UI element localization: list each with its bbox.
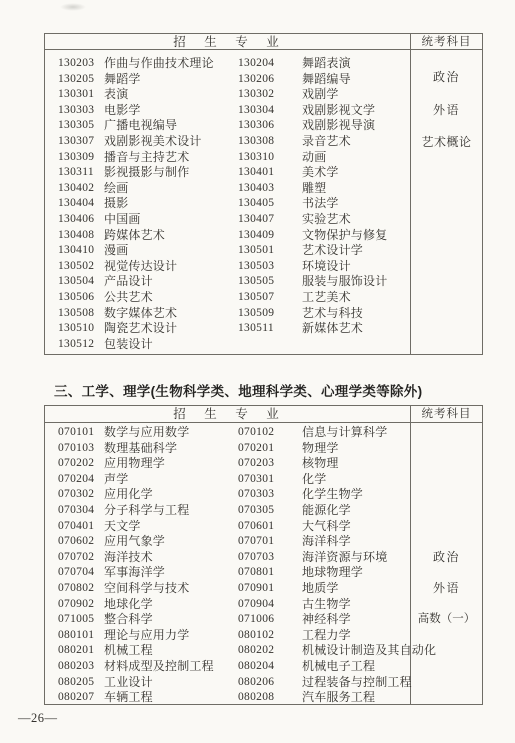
major-code: 070701 [238, 534, 274, 550]
major-row: 130303 电影学 130304 戏剧影视文学 [45, 103, 410, 119]
major-row: 130307 戏剧影视美术设计 130308 录音艺术 [45, 134, 410, 150]
major-code: 130304 [238, 103, 274, 119]
majors-column-header: 招 生 专 业 [45, 406, 410, 422]
major-row: 130309 播音与主持艺术 130310 动画 [45, 150, 410, 166]
major-code: 130306 [238, 118, 274, 134]
major-row: 130512 包装设计 [45, 337, 410, 353]
major-name: 机械设计制造及其自动化 [302, 643, 436, 659]
major-row: 070101 数学与应用数学 070102 信息与计算科学 [45, 425, 410, 441]
major-name: 录音艺术 [302, 134, 351, 150]
major-name: 核物理 [302, 456, 339, 472]
major-code: 080202 [238, 643, 274, 659]
major-code: 130311 [58, 165, 94, 181]
major-name: 车辆工程 [104, 690, 153, 706]
subjects-column: 政治 外语 高数（一） [411, 423, 482, 704]
major-row: 070304 分子科学与工程 070305 能源化学 [45, 503, 410, 519]
major-code: 130503 [238, 259, 274, 275]
major-name: 神经科学 [302, 612, 351, 628]
subject-label: 外语 [411, 103, 482, 118]
major-code: 070702 [58, 550, 94, 566]
major-code: 130406 [58, 212, 94, 228]
major-row: 130410 漫画 130501 艺术设计学 [45, 243, 410, 259]
subject-label: 艺术概论 [411, 135, 482, 150]
major-row: 130502 视觉传达设计 130503 环境设计 [45, 259, 410, 275]
major-row: 130301 表演 130302 戏剧学 [45, 87, 410, 103]
major-row: 070902 地球化学 070904 古生物学 [45, 597, 410, 613]
major-code: 130409 [238, 228, 274, 244]
major-name: 作曲与作曲技术理论 [104, 56, 214, 72]
major-code: 130203 [58, 56, 94, 72]
major-name: 摄影 [104, 196, 128, 212]
majors-column-header: 招 生 专 业 [45, 34, 410, 49]
major-code: 070901 [238, 581, 274, 597]
major-code: 070401 [58, 519, 94, 535]
major-name: 舞蹈学 [104, 72, 141, 88]
major-row: 070202 应用物理学 070203 核物理 [45, 456, 410, 472]
major-name: 表演 [104, 87, 128, 103]
major-name: 化学生物学 [302, 487, 363, 503]
major-row: 130408 跨媒体艺术 130409 文物保护与修复 [45, 228, 410, 244]
major-code: 071006 [238, 612, 274, 628]
major-name: 应用气象学 [104, 534, 165, 550]
subject-label: 高数（一） [411, 612, 482, 627]
major-code: 130408 [58, 228, 94, 244]
major-name: 整合科学 [104, 612, 153, 628]
major-code: 070302 [58, 487, 94, 503]
major-name: 能源化学 [302, 503, 351, 519]
major-name: 戏剧影视美术设计 [104, 134, 202, 150]
majors-rows: 070101 数学与应用数学 070102 信息与计算科学 070103 数理基… [45, 423, 410, 706]
major-name: 地球物理学 [302, 565, 363, 581]
major-code: 130307 [58, 134, 94, 150]
major-name: 古生物学 [302, 597, 351, 613]
major-code: 130512 [58, 337, 94, 353]
major-code: 130309 [58, 150, 94, 166]
major-code: 130508 [58, 306, 94, 322]
major-row: 130311 影视摄影与制作 130401 美术学 [45, 165, 410, 181]
major-name: 海洋资源与环境 [302, 550, 387, 566]
major-name: 服装与服饰设计 [302, 274, 387, 290]
major-code: 070201 [238, 441, 274, 457]
major-name: 戏剧影视导演 [302, 118, 375, 134]
subjects-column-header: 统考科目 [410, 34, 483, 49]
major-row: 130205 舞蹈学 130206 舞蹈编导 [45, 72, 410, 88]
major-code: 070904 [238, 597, 274, 613]
major-code: 130404 [58, 196, 94, 212]
major-name: 军事海洋学 [104, 565, 165, 581]
major-name: 地质学 [302, 581, 339, 597]
major-name: 动画 [302, 150, 326, 166]
major-name: 艺术与科技 [302, 306, 363, 322]
major-name: 应用物理学 [104, 456, 165, 472]
major-code: 130507 [238, 290, 274, 306]
major-row: 070802 空间科学与技术 070901 地质学 [45, 581, 410, 597]
major-name: 大气科学 [302, 519, 351, 535]
major-name: 新媒体艺术 [302, 321, 363, 337]
major-name: 跨媒体艺术 [104, 228, 165, 244]
major-name: 工程力学 [302, 628, 351, 644]
major-name: 影视摄影与制作 [104, 165, 189, 181]
major-code: 130303 [58, 103, 94, 119]
major-name: 地球化学 [104, 597, 153, 613]
major-name: 产品设计 [104, 274, 153, 290]
major-code: 070202 [58, 456, 94, 472]
subject-label: 政治 [411, 550, 482, 565]
major-row: 130510 陶瓷艺术设计 130511 新媒体艺术 [45, 321, 410, 337]
major-row: 071005 整合科学 071006 神经科学 [45, 612, 410, 628]
major-name: 美术学 [302, 165, 339, 181]
major-code: 070902 [58, 597, 94, 613]
science-majors-table: 招 生 专 业 统考科目 070101 数学与应用数学 070102 信息与计算… [44, 405, 483, 705]
subjects-column: 政治 外语 艺术概论 [411, 50, 482, 354]
major-code: 070601 [238, 519, 274, 535]
major-row: 080201 机械工程 080202 机械设计制造及其自动化 [45, 643, 410, 659]
major-name: 文物保护与修复 [302, 228, 387, 244]
major-row: 070602 应用气象学 070701 海洋科学 [45, 534, 410, 550]
table-header: 招 生 专 业 统考科目 [45, 406, 482, 423]
major-row: 130406 中国画 130407 实验艺术 [45, 212, 410, 228]
major-name: 天文学 [104, 519, 141, 535]
major-row: 130203 作曲与作曲技术理论 130204 舞蹈表演 [45, 56, 410, 72]
major-name: 视觉传达设计 [104, 259, 177, 275]
major-name: 工艺美术 [302, 290, 351, 306]
major-code: 070103 [58, 441, 94, 457]
major-name: 舞蹈编导 [302, 72, 351, 88]
major-code: 070801 [238, 565, 274, 581]
major-code: 070303 [238, 487, 274, 503]
major-row: 070401 天文学 070601 大气科学 [45, 519, 410, 535]
section-heading: 三、工学、理学(生物科学类、地理科学类、心理学类等除外) [54, 380, 422, 400]
major-name: 电影学 [104, 103, 141, 119]
major-code: 070203 [238, 456, 274, 472]
major-name: 雕塑 [302, 181, 326, 197]
major-code: 070204 [58, 472, 94, 488]
major-code: 130509 [238, 306, 274, 322]
major-name: 环境设计 [302, 259, 351, 275]
major-name: 公共艺术 [104, 290, 153, 306]
major-code: 071005 [58, 612, 94, 628]
major-row: 080205 工业设计 080206 过程装备与控制工程 [45, 675, 410, 691]
major-code: 070602 [58, 534, 94, 550]
subjects-column-header: 统考科目 [410, 406, 483, 422]
scan-artifact [60, 3, 86, 11]
major-code: 130204 [238, 56, 274, 72]
major-name: 实验艺术 [302, 212, 351, 228]
major-name: 分子科学与工程 [104, 503, 189, 519]
major-name: 汽车服务工程 [302, 690, 375, 706]
major-name: 数理基础科学 [104, 441, 177, 457]
major-name: 工业设计 [104, 675, 153, 691]
major-name: 绘画 [104, 181, 128, 197]
major-code: 130310 [238, 150, 274, 166]
major-code: 080205 [58, 675, 94, 691]
major-code: 070703 [238, 550, 274, 566]
major-code: 130510 [58, 321, 94, 337]
major-name: 播音与主持艺术 [104, 150, 189, 166]
major-name: 海洋技术 [104, 550, 153, 566]
major-name: 陶瓷艺术设计 [104, 321, 177, 337]
major-row: 130305 广播电视编导 130306 戏剧影视导演 [45, 118, 410, 134]
major-code: 130305 [58, 118, 94, 134]
major-name: 空间科学与技术 [104, 581, 189, 597]
major-row: 130404 摄影 130405 书法学 [45, 196, 410, 212]
major-code: 080203 [58, 659, 94, 675]
major-code: 130302 [238, 87, 274, 103]
major-code: 130403 [238, 181, 274, 197]
major-name: 材料成型及控制工程 [104, 659, 214, 675]
major-code: 130407 [238, 212, 274, 228]
page-number: —26— [18, 711, 58, 726]
major-code: 080101 [58, 628, 94, 644]
major-name: 数学与应用数学 [104, 425, 189, 441]
major-name: 中国画 [104, 212, 141, 228]
major-code: 130401 [238, 165, 274, 181]
major-code: 130501 [238, 243, 274, 259]
major-code: 070301 [238, 472, 274, 488]
major-name: 舞蹈表演 [302, 56, 351, 72]
major-row: 080203 材料成型及控制工程 080204 机械电子工程 [45, 659, 410, 675]
major-name: 信息与计算科学 [302, 425, 387, 441]
major-row: 130402 绘画 130403 雕塑 [45, 181, 410, 197]
major-code: 080208 [238, 690, 274, 706]
major-name: 书法学 [302, 196, 339, 212]
major-name: 机械电子工程 [302, 659, 375, 675]
major-name: 应用化学 [104, 487, 153, 503]
major-code: 080201 [58, 643, 94, 659]
majors-rows: 130203 作曲与作曲技术理论 130204 舞蹈表演 130205 舞蹈学 … [45, 50, 410, 352]
major-row: 070103 数理基础科学 070201 物理学 [45, 441, 410, 457]
major-code: 070304 [58, 503, 94, 519]
major-name: 戏剧学 [302, 87, 339, 103]
major-code: 130511 [238, 321, 274, 337]
major-name: 海洋科学 [302, 534, 351, 550]
major-name: 包装设计 [104, 337, 153, 353]
major-name: 声学 [104, 472, 128, 488]
major-name: 漫画 [104, 243, 128, 259]
major-code: 130205 [58, 72, 94, 88]
major-code: 070704 [58, 565, 94, 581]
major-name: 广播电视编导 [104, 118, 177, 134]
major-name: 戏剧影视文学 [302, 103, 375, 119]
major-code: 130506 [58, 290, 94, 306]
major-code: 070305 [238, 503, 274, 519]
major-row: 130508 数字媒体艺术 130509 艺术与科技 [45, 306, 410, 322]
major-row: 130504 产品设计 130505 服装与服饰设计 [45, 274, 410, 290]
major-code: 130502 [58, 259, 94, 275]
major-name: 过程装备与控制工程 [302, 675, 412, 691]
major-name: 化学 [302, 472, 326, 488]
major-row: 070204 声学 070301 化学 [45, 472, 410, 488]
major-row: 070704 军事海洋学 070801 地球物理学 [45, 565, 410, 581]
major-name: 理论与应用力学 [104, 628, 189, 644]
major-name: 艺术设计学 [302, 243, 363, 259]
major-code: 130206 [238, 72, 274, 88]
major-code: 130410 [58, 243, 94, 259]
subject-label: 政治 [411, 70, 482, 85]
major-code: 130504 [58, 274, 94, 290]
major-row: 070302 应用化学 070303 化学生物学 [45, 487, 410, 503]
major-code: 130402 [58, 181, 94, 197]
major-code: 080207 [58, 690, 94, 706]
art-majors-table: 招 生 专 业 统考科目 130203 作曲与作曲技术理论 130204 舞蹈表… [44, 33, 483, 355]
major-name: 机械工程 [104, 643, 153, 659]
major-code: 080206 [238, 675, 274, 691]
major-code: 070802 [58, 581, 94, 597]
major-name: 物理学 [302, 441, 339, 457]
major-row: 070702 海洋技术 070703 海洋资源与环境 [45, 550, 410, 566]
major-code: 130405 [238, 196, 274, 212]
major-row: 080207 车辆工程 080208 汽车服务工程 [45, 690, 410, 706]
major-row: 130506 公共艺术 130507 工艺美术 [45, 290, 410, 306]
major-code: 130308 [238, 134, 274, 150]
major-code: 070102 [238, 425, 274, 441]
table-header: 招 生 专 业 统考科目 [45, 34, 482, 50]
major-code: 080102 [238, 628, 274, 644]
document-page: 招 生 专 业 统考科目 130203 作曲与作曲技术理论 130204 舞蹈表… [0, 0, 515, 743]
major-name: 数字媒体艺术 [104, 306, 177, 322]
major-row: 080101 理论与应用力学 080102 工程力学 [45, 628, 410, 644]
major-code: 130301 [58, 87, 94, 103]
subject-label: 外语 [411, 581, 482, 596]
major-code: 130505 [238, 274, 274, 290]
major-code: 070101 [58, 425, 94, 441]
major-code: 080204 [238, 659, 274, 675]
